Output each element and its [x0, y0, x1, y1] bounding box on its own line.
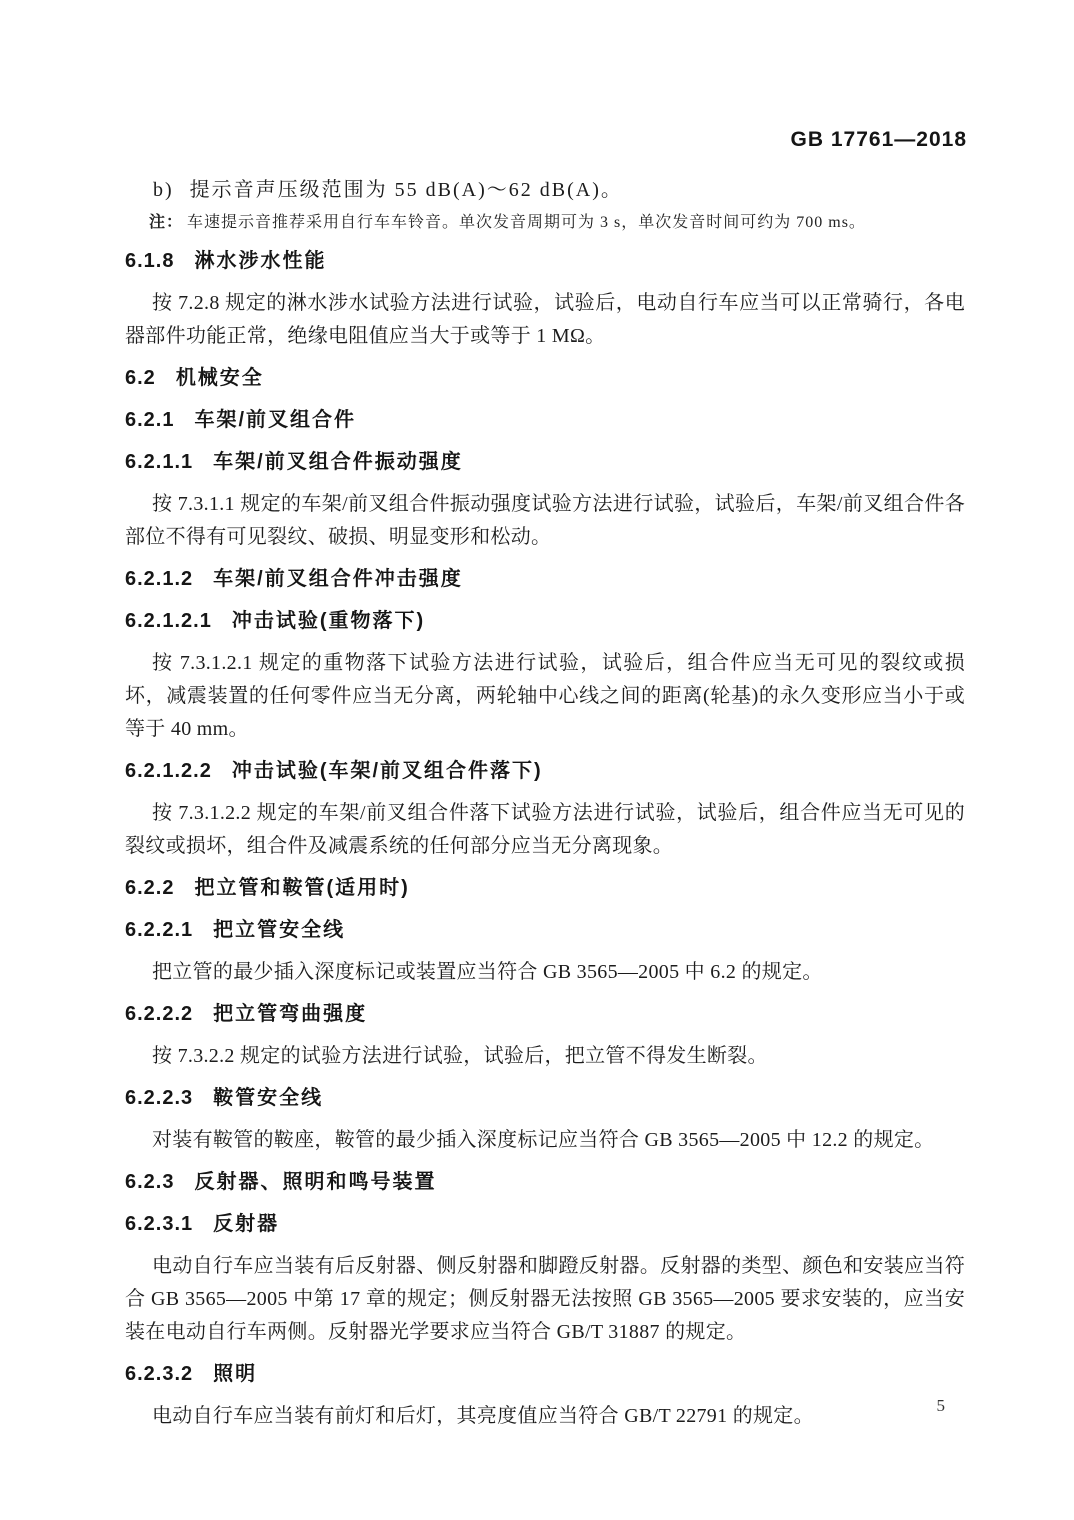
- heading-title: 冲击试验(车架/前叉组合件落下): [232, 755, 543, 788]
- heading-6-2-2-1: 6.2.2.1 把立管安全线: [125, 914, 965, 947]
- paragraph-6-2-1-2-1: 按 7.3.1.2.1 规定的重物落下试验方法进行试验，试验后，组合件应当无可见…: [125, 647, 965, 746]
- heading-6-2-1-2: 6.2.1.2 车架/前叉组合件冲击强度: [125, 563, 965, 596]
- heading-title: 冲击试验(重物落下): [232, 605, 425, 638]
- heading-number: 6.2.1: [125, 404, 174, 437]
- heading-title: 把立管和鞍管(适用时): [194, 872, 409, 905]
- heading-title: 把立管安全线: [213, 914, 345, 947]
- heading-6-2-1-2-1: 6.2.1.2.1 冲击试验(重物落下): [125, 605, 965, 638]
- doc-header: GB 17761—2018: [125, 128, 967, 152]
- heading-number: 6.2.3.2: [125, 1358, 193, 1391]
- heading-6-2-2-2: 6.2.2.2 把立管弯曲强度: [125, 998, 965, 1031]
- paragraph-6-2-3-1: 电动自行车应当装有后反射器、侧反射器和脚蹬反射器。反射器的类型、颜色和安装应当符…: [125, 1250, 965, 1349]
- heading-title: 机械安全: [176, 362, 264, 395]
- heading-number: 6.2.3: [125, 1166, 174, 1199]
- heading-title: 反射器、照明和鸣号装置: [194, 1166, 436, 1199]
- heading-6-2-2: 6.2.2 把立管和鞍管(适用时): [125, 872, 965, 905]
- heading-number: 6.2.2.2: [125, 998, 193, 1031]
- heading-title: 鞍管安全线: [213, 1082, 323, 1115]
- list-item-b: b) 提示音声压级范围为 55 dB(A)～62 dB(A)。: [125, 174, 965, 207]
- heading-title: 车架/前叉组合件冲击强度: [213, 563, 463, 596]
- paragraph-6-2-2-2: 按 7.3.2.2 规定的试验方法进行试验，试验后，把立管不得发生断裂。: [125, 1040, 965, 1073]
- heading-6-2-3-1: 6.2.3.1 反射器: [125, 1208, 965, 1241]
- heading-number: 6.2.1.1: [125, 446, 193, 479]
- heading-title: 反射器: [213, 1208, 279, 1241]
- heading-6-2-3: 6.2.3 反射器、照明和鸣号装置: [125, 1166, 965, 1199]
- heading-title: 淋水涉水性能: [194, 245, 326, 278]
- paragraph-6-2-2-1: 把立管的最少插入深度标记或装置应当符合 GB 3565—2005 中 6.2 的…: [125, 956, 965, 989]
- paragraph-6-2-2-3: 对装有鞍管的鞍座，鞍管的最少插入深度标记应当符合 GB 3565—2005 中 …: [125, 1124, 965, 1157]
- note-label: 注：: [149, 214, 183, 231]
- heading-6-1-8: 6.1.8 淋水涉水性能: [125, 245, 965, 278]
- heading-title: 车架/前叉组合件: [194, 404, 356, 437]
- heading-6-2: 6.2 机械安全: [125, 362, 965, 395]
- heading-6-2-1: 6.2.1 车架/前叉组合件: [125, 404, 965, 437]
- note-text: 车速提示音推荐采用自行车车铃音。单次发音周期可为 3 s，单次发音时间可约为 7…: [187, 214, 866, 231]
- heading-number: 6.2.3.1: [125, 1208, 193, 1241]
- heading-title: 照明: [213, 1358, 257, 1391]
- paragraph-6-2-1-1: 按 7.3.1.1 规定的车架/前叉组合件振动强度试验方法进行试验，试验后，车架…: [125, 488, 965, 554]
- heading-6-2-3-2: 6.2.3.2 照明: [125, 1358, 965, 1391]
- paragraph-6-1-8: 按 7.2.8 规定的淋水涉水试验方法进行试验，试验后，电动自行车应当可以正常骑…: [125, 287, 965, 353]
- heading-6-2-2-3: 6.2.2.3 鞍管安全线: [125, 1082, 965, 1115]
- document-page: GB 17761—2018 b) 提示音声压级范围为 55 dB(A)～62 d…: [0, 0, 1074, 1520]
- note: 注：车速提示音推荐采用自行车车铃音。单次发音周期可为 3 s，单次发音时间可约为…: [125, 210, 965, 236]
- heading-title: 把立管弯曲强度: [213, 998, 367, 1031]
- page-number: 5: [937, 1396, 946, 1415]
- heading-number: 6.2: [125, 362, 156, 395]
- doc-body: b) 提示音声压级范围为 55 dB(A)～62 dB(A)。 注：车速提示音推…: [125, 174, 965, 1433]
- list-item-text: 提示音声压级范围为 55 dB(A)～62 dB(A)。: [190, 174, 623, 207]
- heading-number: 6.2.2.1: [125, 914, 193, 947]
- heading-number: 6.2.2.3: [125, 1082, 193, 1115]
- heading-number: 6.1.8: [125, 245, 174, 278]
- heading-number: 6.2.2: [125, 872, 174, 905]
- heading-number: 6.2.1.2: [125, 563, 193, 596]
- heading-title: 车架/前叉组合件振动强度: [213, 446, 463, 479]
- standard-number: GB 17761—2018: [791, 128, 967, 151]
- heading-number: 6.2.1.2.2: [125, 755, 212, 788]
- list-item-marker: b): [153, 174, 174, 207]
- heading-6-2-1-2-2: 6.2.1.2.2 冲击试验(车架/前叉组合件落下): [125, 755, 965, 788]
- doc-footer: 5: [0, 1396, 945, 1416]
- heading-number: 6.2.1.2.1: [125, 605, 212, 638]
- paragraph-6-2-1-2-2: 按 7.3.1.2.2 规定的车架/前叉组合件落下试验方法进行试验，试验后，组合…: [125, 797, 965, 863]
- heading-6-2-1-1: 6.2.1.1 车架/前叉组合件振动强度: [125, 446, 965, 479]
